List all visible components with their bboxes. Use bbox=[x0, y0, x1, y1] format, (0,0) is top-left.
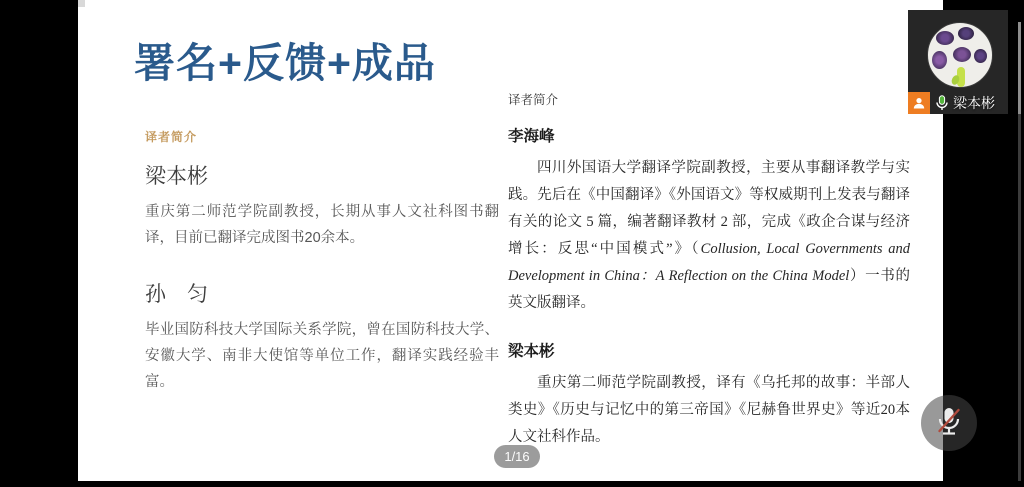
tile-status-bar: 梁本彬 bbox=[908, 92, 1008, 114]
microphone-muted-icon bbox=[934, 405, 964, 442]
scrollbar-track[interactable] bbox=[1018, 22, 1021, 481]
slide-title: 署名+反馈+成品 bbox=[134, 30, 436, 89]
participant-video-tile[interactable]: 梁本彬 bbox=[908, 10, 1008, 114]
translator-name: 孙 匀 bbox=[145, 278, 499, 308]
meeting-screen: 署名+反馈+成品 译者简介 梁本彬 重庆第二师范学院副教授，长期从事人文社科图书… bbox=[0, 0, 1024, 487]
avatar bbox=[927, 22, 993, 88]
section-label: 译者简介 bbox=[145, 128, 499, 145]
section-label: 译者简介 bbox=[508, 90, 910, 108]
slide-right-column: 译者简介 李海峰 四川外国语大学翻译学院副教授，主要从事翻译教学与实践。先后在《… bbox=[508, 90, 910, 473]
translator-bio: 重庆第二师范学院副教授，长期从事人文社科图书翻译，目前已翻译完成图书20余本。 bbox=[145, 199, 499, 251]
scrollbar-thumb[interactable] bbox=[1018, 22, 1021, 114]
microphone-icon bbox=[933, 94, 951, 112]
corner-artifact bbox=[78, 0, 85, 7]
shared-slide: 署名+反馈+成品 译者简介 梁本彬 重庆第二师范学院副教授，长期从事人文社科图书… bbox=[78, 0, 943, 481]
page-indicator: 1/16 bbox=[494, 445, 540, 468]
person-icon bbox=[908, 92, 930, 114]
translator-name: 梁本彬 bbox=[508, 339, 910, 361]
slide-left-column: 译者简介 梁本彬 重庆第二师范学院副教授，长期从事人文社科图书翻译，目前已翻译完… bbox=[145, 128, 499, 395]
translator-bio: 毕业国防科技大学国际关系学院，曾在国防科技大学、安徽大学、南非大使馆等单位工作，… bbox=[145, 317, 499, 395]
translator-bio: 重庆第二师范学院副教授，译有《乌托邦的故事：半部人类史》《历史与记忆中的第三帝国… bbox=[508, 370, 910, 451]
translator-name: 梁本彬 bbox=[145, 160, 499, 190]
participant-name: 梁本彬 bbox=[953, 93, 995, 113]
translator-name: 李海峰 bbox=[508, 124, 910, 146]
translator-bio: 四川外国语大学翻译学院副教授，主要从事翻译教学与实践。先后在《中国翻译》《外国语… bbox=[508, 155, 910, 317]
microphone-muted-button[interactable] bbox=[921, 395, 977, 451]
